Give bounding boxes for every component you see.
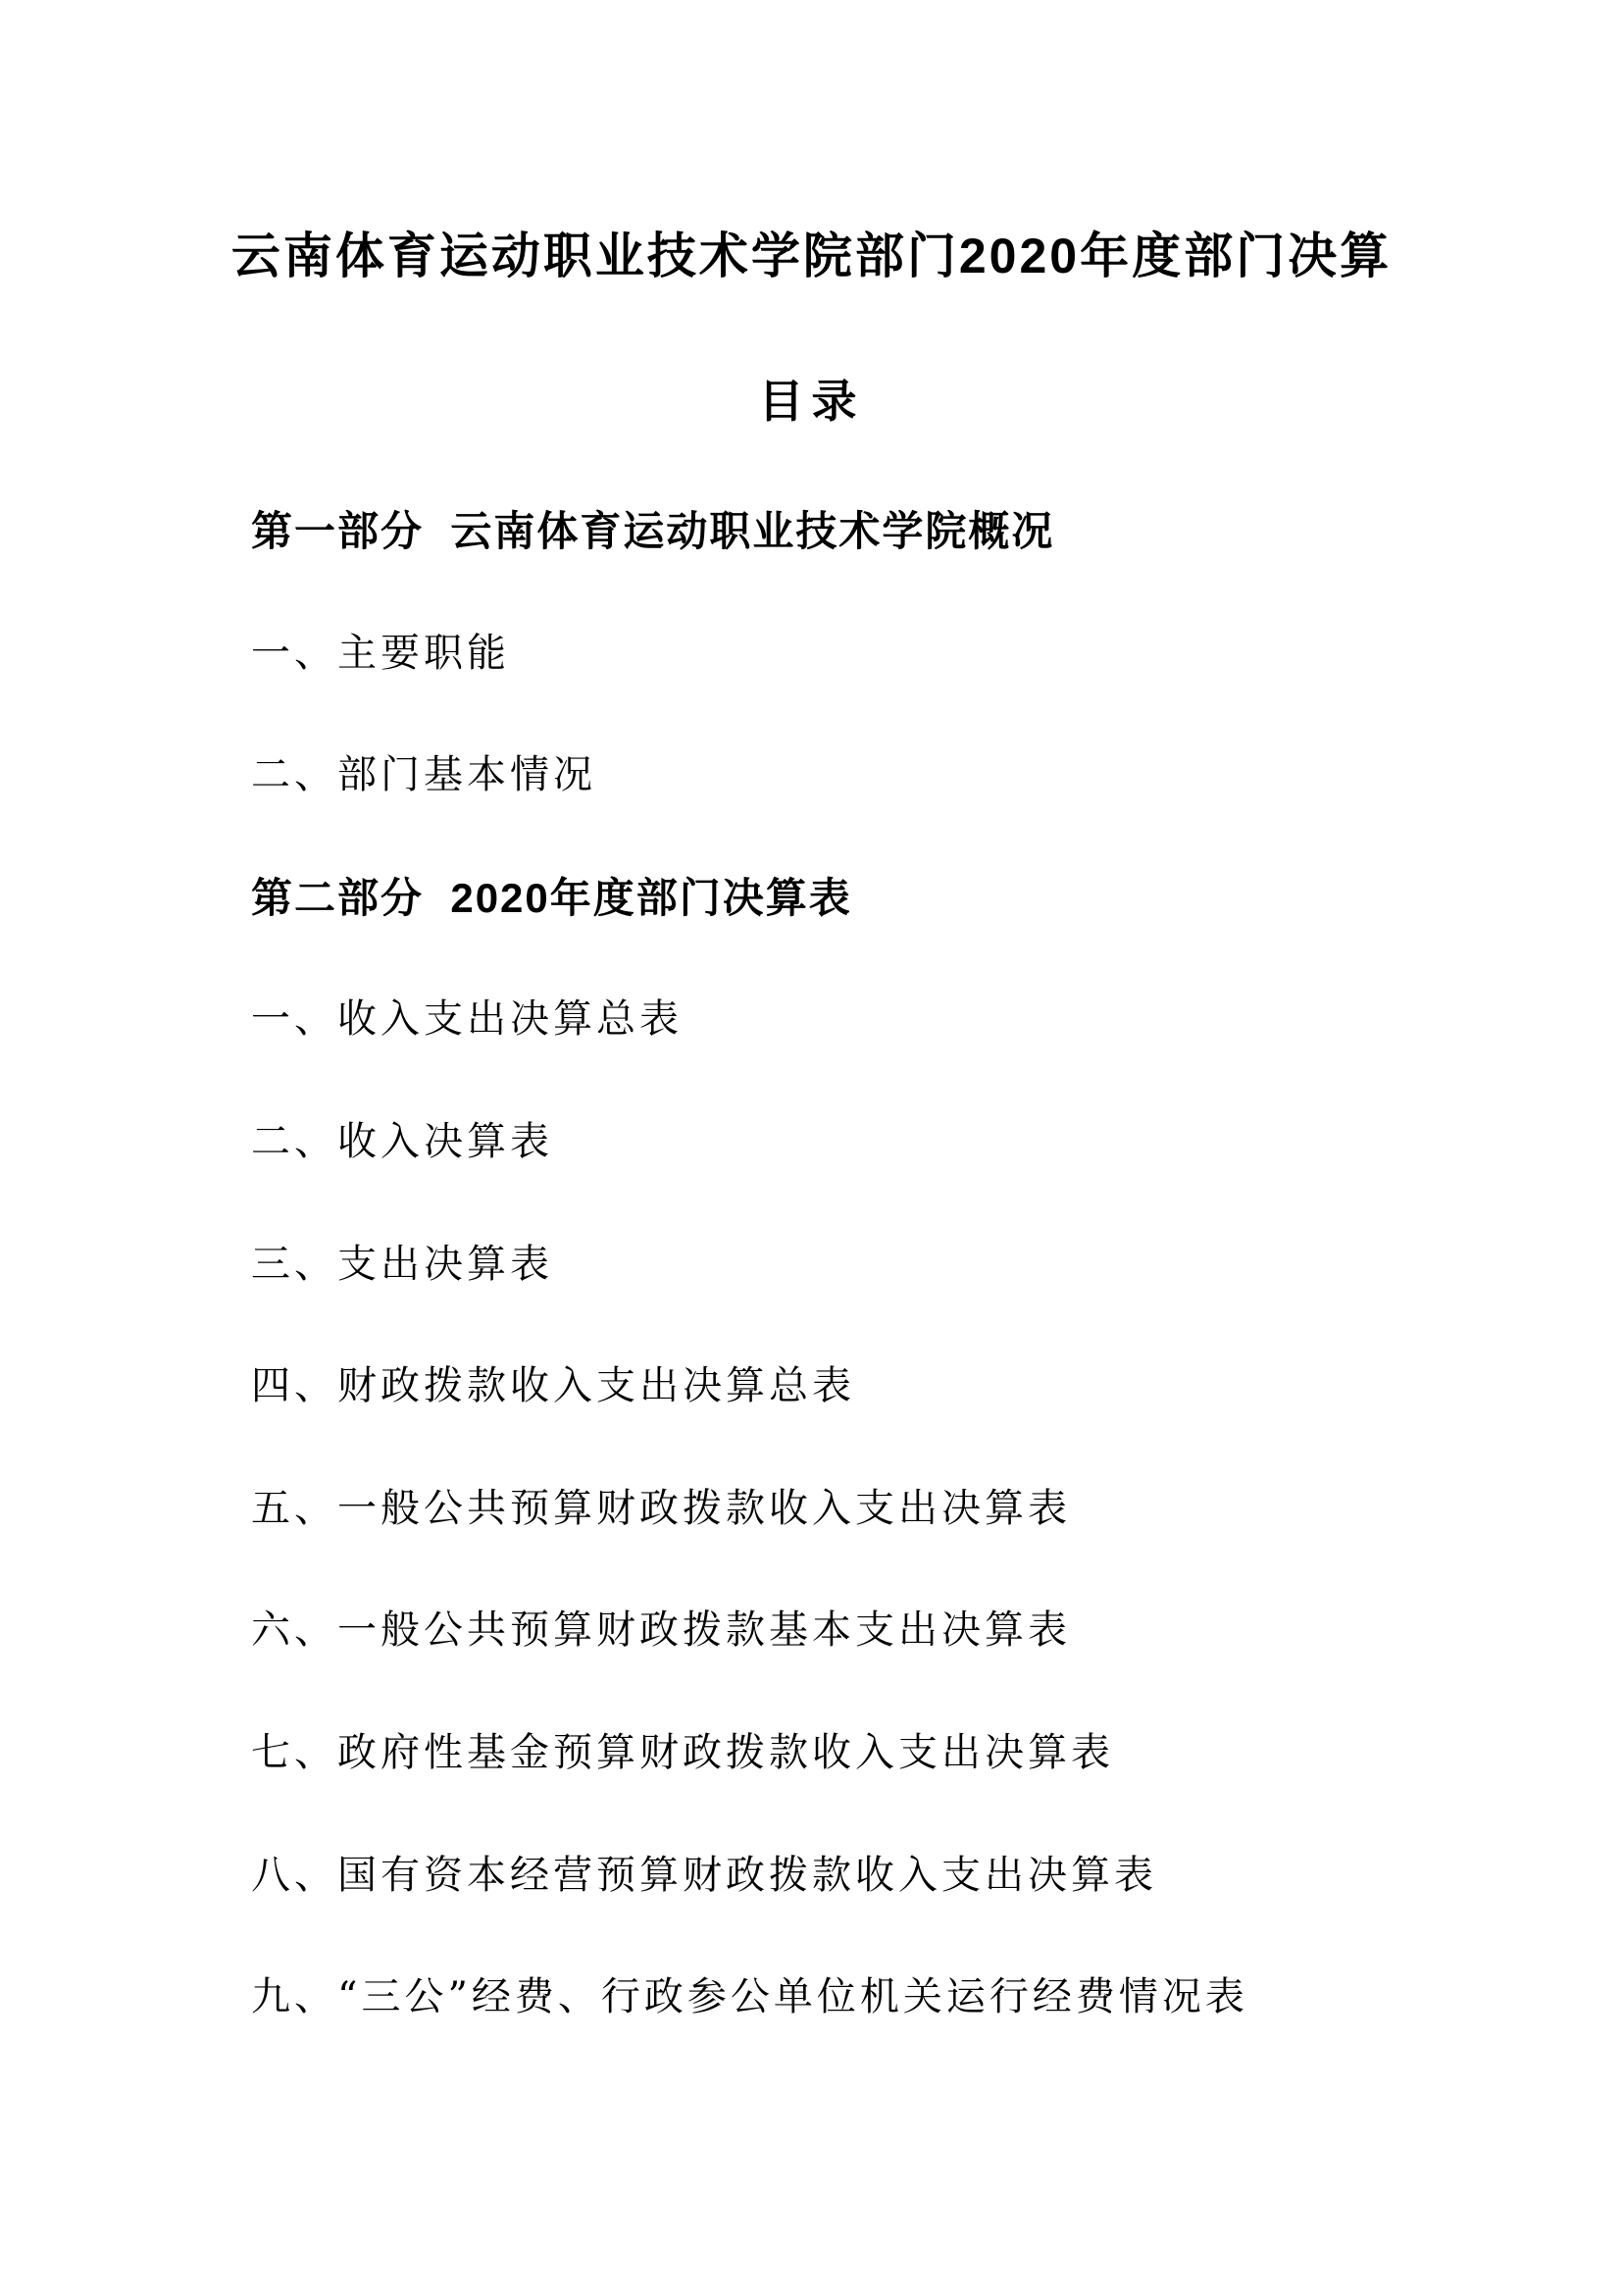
document-page: 云南体育运动职业技术学院部门2020年度部门决算 目录 第一部分 云南体育运动职…: [0, 0, 1623, 2296]
toc-item: 二、收入决算表: [251, 1121, 1505, 1244]
toc-item: 二、部门基本情况: [251, 754, 1505, 877]
toc-item: 三、支出决算表: [251, 1244, 1505, 1366]
toc-list: 第一部分 云南体育运动职业技术学院概况 一、主要职能 二、部门基本情况 第二部分…: [251, 510, 1505, 2099]
toc-item: 六、一般公共预算财政拨款基本支出决算表: [251, 1609, 1505, 1732]
document-title: 云南体育运动职业技术学院部门2020年度部门决算: [0, 231, 1623, 281]
toc-heading: 目录: [0, 379, 1623, 424]
toc-section-heading: 第二部分 2020年度部门决算表: [251, 877, 1505, 999]
toc-item: 一、收入支出决算总表: [251, 998, 1505, 1121]
toc-section-heading: 第一部分 云南体育运动职业技术学院概况: [251, 510, 1505, 633]
toc-item: 五、一般公共预算财政拨款收入支出决算表: [251, 1488, 1505, 1610]
toc-item: 四、财政拨款收入支出决算总表: [251, 1365, 1505, 1488]
toc-item: 八、国有资本经营预算财政拨款收入支出决算表: [251, 1855, 1505, 1977]
toc-item: 七、政府性基金预算财政拨款收入支出决算表: [251, 1732, 1505, 1855]
toc-item: 一、主要职能: [251, 633, 1505, 755]
toc-item: 九、“三公”经费、行政参公单位机关运行经费情况表: [251, 1976, 1505, 2099]
